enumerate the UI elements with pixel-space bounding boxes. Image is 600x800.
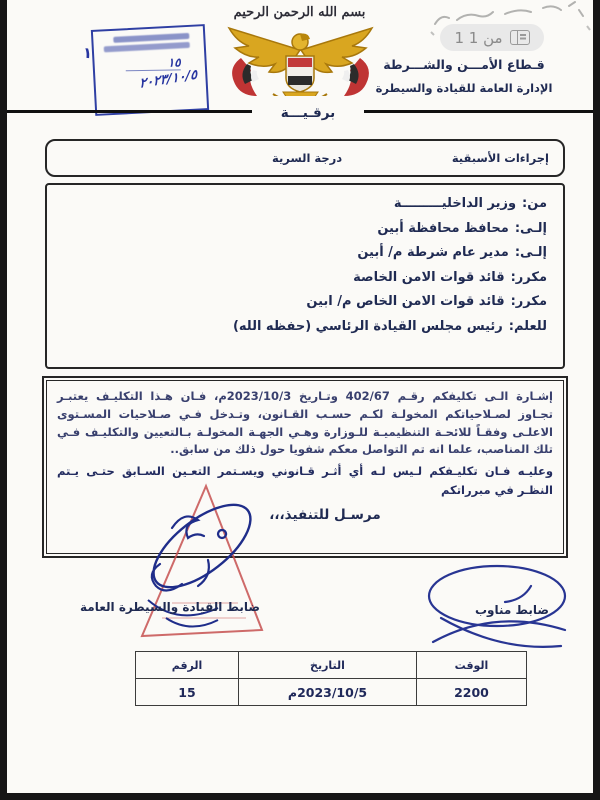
time-value: 2200 [417, 679, 527, 706]
page-indicator-pill: 1 من 1 [440, 24, 544, 51]
stamp-number: ١٥ [126, 55, 181, 71]
page-indicator-text: 1 من 1 [454, 29, 502, 47]
dispatch-note: مرسـل للتنفيذ،،، [77, 507, 573, 523]
registry-stamp: ١٥ ٢٠٢٣/١٠/٥ [91, 24, 209, 116]
message-body-box: إشـارة الـى تكليفكم رقـم 402/67 وتـاريخ … [42, 376, 568, 558]
precedence-label: إجراءات الأسبقية [452, 151, 549, 165]
log-table-value-row: 2200 2023/10/5م 15 [136, 679, 527, 706]
time-header: الوقت [417, 652, 527, 679]
directorate-title: الإدارة العامة للقيادة والسيطرة [349, 81, 579, 95]
issuing-authority: قـطاع الأمـــن والشـــرطة الإدارة العامة… [349, 57, 579, 95]
telegram-label: برقـيـــة [252, 96, 364, 130]
address-to-police-director: إلـى:مدير عام شرطة م/ أبين [57, 245, 547, 260]
addresses-box: من:وزير الداخليـــــــــة إلـى:محافظ محا… [45, 183, 565, 369]
log-table: الوقت التاريخ الرقم 2200 2023/10/5م 15 [135, 651, 527, 706]
number-value: 15 [136, 679, 239, 706]
pages-icon [510, 30, 530, 45]
scanned-document-page: 1 من 1 بسم الله الرحمن الرحيم ١٥ ٢٠٢٣/١٠… [7, 0, 593, 793]
left-officer-title: ضابط القيادة والسيطرة العامة [65, 600, 275, 614]
address-info-president: للعلم:رئيس مجلس القيادة الرئاسي (حفظه ال… [57, 319, 547, 334]
priority-box: إجراءات الأسبقية درجة السرية [45, 139, 565, 177]
date-value: 2023/10/5م [239, 679, 417, 706]
address-to-governor: إلـى:محافظ محافظة أبين [57, 221, 547, 236]
address-from: من:وزير الداخليـــــــــة [57, 196, 547, 211]
right-officer-title: ضابط مناوب [462, 603, 562, 617]
address-cc-special-security: مكرر:قائد قوات الامن الخاص م/ ابين [57, 294, 547, 309]
number-header: الرقم [136, 652, 239, 679]
sector-title: قـطاع الأمـــن والشـــرطة [349, 57, 579, 72]
body-paragraph-2: وعليـه فـان تكليـفكم لـيس لـه أي أثـر قـ… [57, 462, 553, 499]
date-header: التاريخ [239, 652, 417, 679]
secrecy-label: درجة السرية [272, 151, 342, 165]
basmala-text: بسم الله الرحمن الرحيم [217, 5, 382, 20]
body-paragraph-1: إشـارة الـى تكليفكم رقـم 402/67 وتـاريخ … [57, 388, 553, 459]
stamp-date: ٢٠٢٣/١٠/٥ [102, 67, 197, 97]
stamp-illegible-line [104, 42, 190, 52]
address-cc-special-forces: مكرر:قائد قوات الامن الخاصة [57, 270, 547, 285]
log-table-header-row: الوقت التاريخ الرقم [136, 652, 527, 679]
stamp-tick-mark: ١ [82, 44, 92, 63]
stamp-illegible-line [113, 33, 189, 43]
